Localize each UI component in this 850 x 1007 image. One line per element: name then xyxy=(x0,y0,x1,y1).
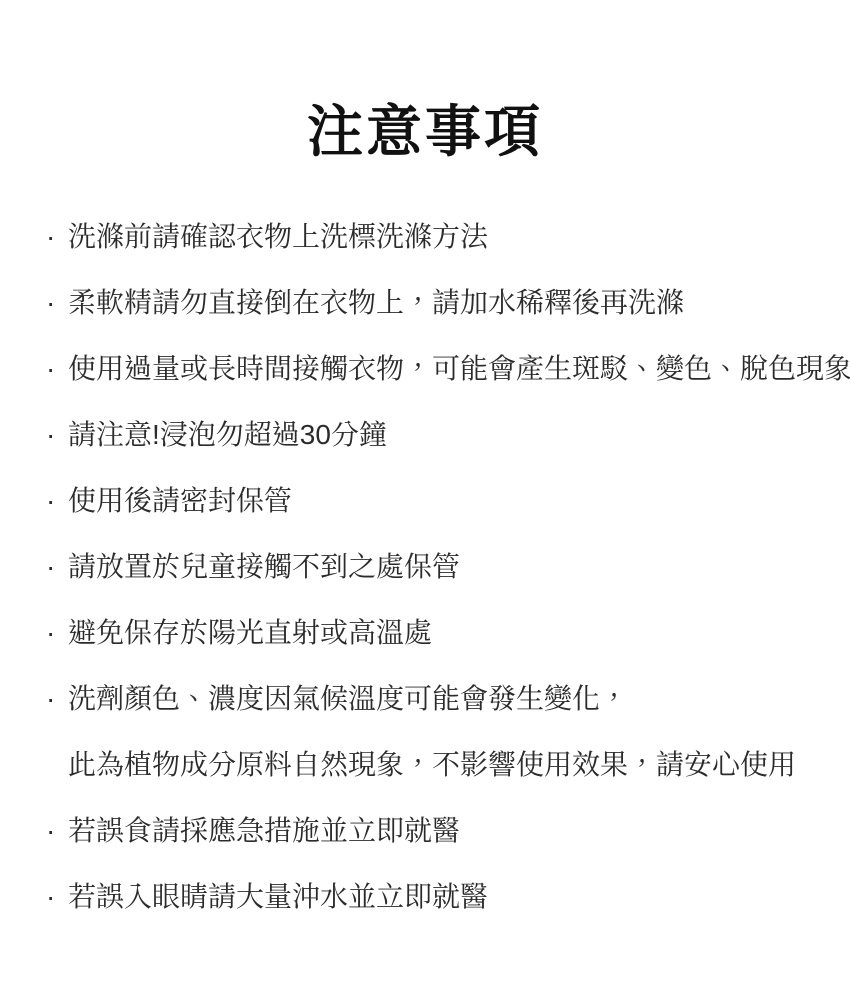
bullet-icon: · xyxy=(46,883,68,911)
list-item-continuation: · 此為植物成分原料自然現象，不影響使用效果，請安心使用 xyxy=(0,732,850,798)
bullet-icon: · xyxy=(46,553,68,581)
list-item-text: 洗滌前請確認衣物上洗標洗滌方法 xyxy=(68,220,488,254)
notice-page: 注意事項 · 洗滌前請確認衣物上洗標洗滌方法 · 柔軟精請勿直接倒在衣物上，請加… xyxy=(0,0,850,1007)
bullet-icon: · xyxy=(46,685,68,713)
list-item-text: 使用過量或長時間接觸衣物，可能會產生斑駁、變色、脫色現象 xyxy=(68,352,850,386)
list-item-text: 使用後請密封保管 xyxy=(68,484,292,518)
list-item: · 若誤入眼睛請大量沖水並立即就醫 xyxy=(0,864,850,930)
list-item: · 若誤食請採應急措施並立即就醫 xyxy=(0,798,850,864)
list-item-text: 柔軟精請勿直接倒在衣物上，請加水稀釋後再洗滌 xyxy=(68,286,684,320)
bullet-icon: · xyxy=(46,355,68,383)
list-item: · 柔軟精請勿直接倒在衣物上，請加水稀釋後再洗滌 xyxy=(0,270,850,336)
list-item-text: 若誤食請採應急措施並立即就醫 xyxy=(68,814,460,848)
list-item: · 使用過量或長時間接觸衣物，可能會產生斑駁、變色、脫色現象 xyxy=(0,336,850,402)
list-item-text: 洗劑顏色、濃度因氣候溫度可能會發生變化， xyxy=(68,682,628,716)
list-item: · 洗劑顏色、濃度因氣候溫度可能會發生變化， xyxy=(0,666,850,732)
bullet-icon: · xyxy=(46,817,68,845)
precautions-list: · 洗滌前請確認衣物上洗標洗滌方法 · 柔軟精請勿直接倒在衣物上，請加水稀釋後再… xyxy=(0,204,850,930)
list-item-text: 請注意!浸泡勿超過30分鐘 xyxy=(68,418,387,452)
list-item: · 洗滌前請確認衣物上洗標洗滌方法 xyxy=(0,204,850,270)
list-item: · 請注意!浸泡勿超過30分鐘 xyxy=(0,402,850,468)
page-title: 注意事項 xyxy=(0,96,850,168)
bullet-icon: · xyxy=(46,223,68,251)
list-item-text: 若誤入眼睛請大量沖水並立即就醫 xyxy=(68,880,488,914)
bullet-icon: · xyxy=(46,421,68,449)
bullet-icon: · xyxy=(46,289,68,317)
bullet-icon: · xyxy=(46,487,68,515)
list-item: · 避免保存於陽光直射或高溫處 xyxy=(0,600,850,666)
list-item-text: 請放置於兒童接觸不到之處保管 xyxy=(68,550,460,584)
list-item-text: 避免保存於陽光直射或高溫處 xyxy=(68,616,432,650)
list-item: · 請放置於兒童接觸不到之處保管 xyxy=(0,534,850,600)
bullet-icon: · xyxy=(46,619,68,647)
list-item-text: 此為植物成分原料自然現象，不影響使用效果，請安心使用 xyxy=(68,748,796,782)
list-item: · 使用後請密封保管 xyxy=(0,468,850,534)
